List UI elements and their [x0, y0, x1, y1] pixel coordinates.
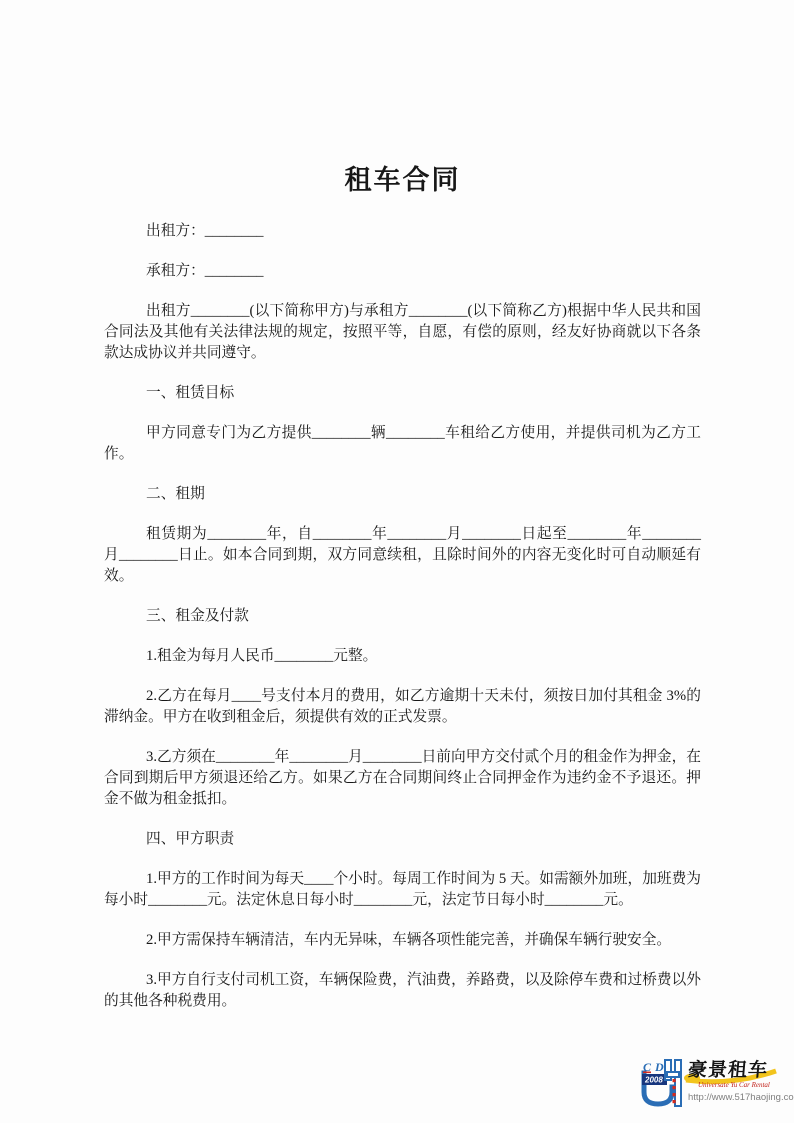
section-1-paragraph: 甲方同意专门为乙方提供________辆________车租给乙方使用，并提供司… — [104, 423, 701, 465]
section-3-item-3: 3.乙方须在________年________月________日前向甲方交付贰… — [104, 747, 701, 810]
contract-page: 租车合同 出租方：________ 承租方：________ 出租方______… — [0, 0, 794, 1123]
lessee-field: 承租方：________ — [104, 261, 701, 282]
lessor-field: 出租方：________ — [104, 221, 701, 242]
section-4-item-2: 2.甲方需保持车辆清洁，车内无异味，车辆各项性能完善，并确保车辆行驶安全。 — [104, 930, 701, 951]
section-4-item-3: 3.甲方自行支付司机工资，车辆保险费，汽油费，养路费，以及除停车费和过桥费以外的… — [104, 970, 701, 1012]
section-1-heading: 一、租赁目标 — [104, 383, 701, 404]
section-3-heading: 三、租金及付款 — [104, 606, 701, 627]
document-body: 租车合同 出租方：________ 承租方：________ 出租方______… — [104, 163, 701, 1031]
badge-letter-d: D — [654, 1060, 664, 1074]
section-2-heading: 二、租期 — [104, 484, 701, 505]
haojing-url: http://www.517haojing.com — [688, 1092, 794, 1104]
section-2-paragraph: 租赁期为________年，自________年________月_______… — [104, 524, 701, 587]
logo-text-block: 豪景租车 Universate Yu Car Rental http://www… — [688, 1054, 794, 1104]
document-title: 租车合同 — [104, 163, 701, 197]
section-4-item-1: 1.甲方的工作时间为每天____个小时。每周工作时间为 5 天。如需额外加班，加… — [104, 869, 701, 911]
haojing-tagline: Universate Yu Car Rental — [688, 1081, 794, 1089]
haojing-logo-icon: C D 2008 — [638, 1058, 684, 1110]
haojing-brand-text: 豪景租车 — [687, 1060, 794, 1081]
section-4-heading: 四、甲方职责 — [104, 829, 701, 850]
section-3-item-1: 1.租金为每月人民币________元整。 — [104, 646, 701, 667]
haojing-logo: C D 2008 豪景租车 Universate Yu Car Rental h… — [638, 1054, 786, 1116]
section-3-item-2: 2.乙方在每月____号支付本月的费用，如乙方逾期十天未付，须按日加付其租金 3… — [104, 686, 701, 728]
badge-year: 2008 — [644, 1076, 663, 1085]
preamble-paragraph: 出租方________(以下简称甲方)与承租方________(以下简称乙方)根… — [104, 301, 701, 364]
